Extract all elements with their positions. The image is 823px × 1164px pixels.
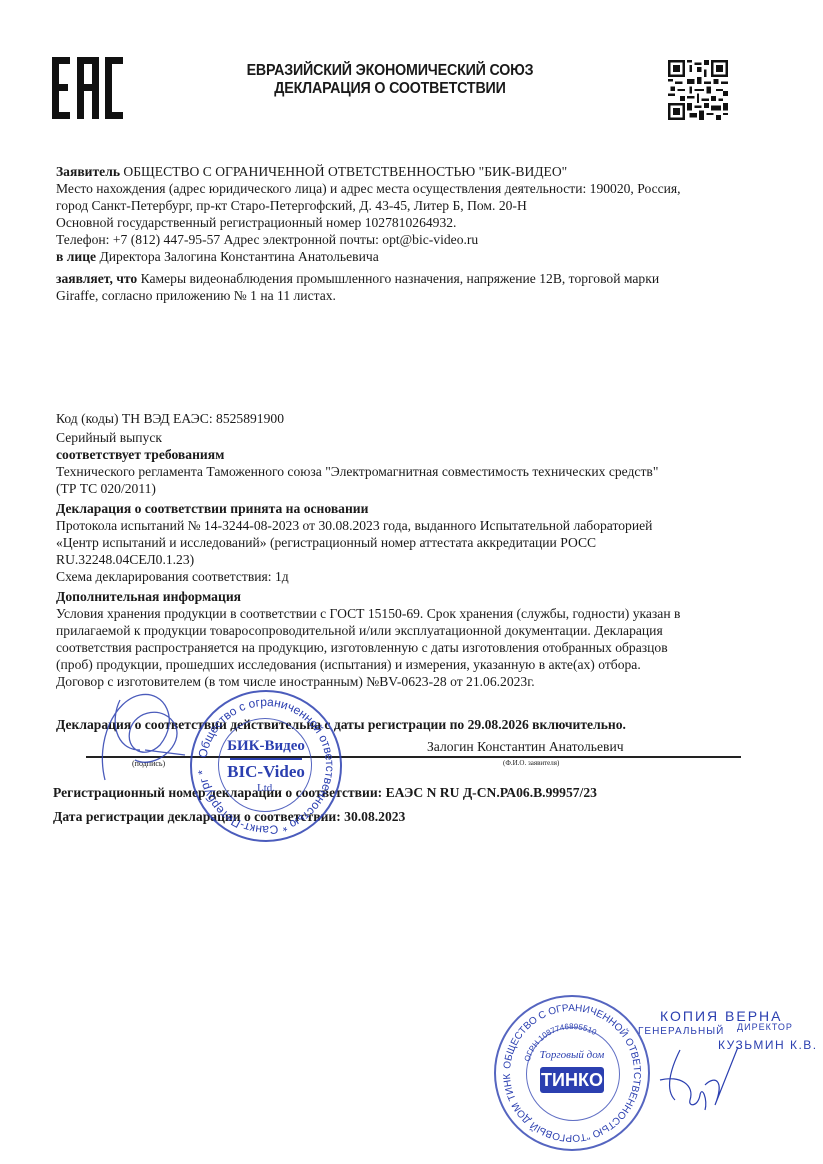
name-caption: (Ф.И.О. заявителя): [503, 759, 559, 767]
additional-label: Дополнительная информация: [56, 588, 241, 605]
address-line-2: город Санкт-Петербург, пр-кт Старо-Петер…: [56, 197, 527, 214]
applicant-label: Заявитель: [56, 164, 120, 179]
requirements-line-1: Технического регламента Таможенного союз…: [56, 463, 658, 480]
additional-line-3: соответствия распространяется на продукц…: [56, 639, 668, 656]
contacts-line: Телефон: +7 (812) 447-95-57 Адрес электр…: [56, 231, 478, 248]
tinko-script: Торговый дом: [496, 1049, 648, 1061]
declares-line-1: заявляет, что Камеры видеонаблюдения про…: [56, 270, 659, 287]
address-line-1: Место нахождения (адрес юридического лиц…: [56, 180, 681, 197]
stamp-bic-ltd: Ltd.: [192, 782, 340, 794]
serial-release: Серийный выпуск: [56, 429, 162, 446]
tinko-stamp: ОБЩЕСТВО С ОГРАНИЧЕННОЙ ОТВЕТСТВЕННОСТЬЮ…: [494, 995, 650, 1151]
represented-line: в лице Директора Залогина Константина Ан…: [56, 248, 379, 265]
basis-line-1: Протокола испытаний № 14-3244-08-2023 от…: [56, 517, 652, 534]
basis-label: Декларация о соответствии принята на осн…: [56, 500, 368, 517]
document-header: ЕВРАЗИЙСКИЙ ЭКОНОМИЧЕСКИЙ СОЮЗ ДЕКЛАРАЦИ…: [188, 62, 593, 98]
declares-line-2: Giraffe, согласно приложению № 1 на 11 л…: [56, 287, 336, 304]
certified-copy-position-a: ГЕНЕРАЛЬНЫЙ: [638, 1026, 724, 1037]
tinko-brand: ТИНКО: [540, 1067, 604, 1093]
union-title: ЕВРАЗИЙСКИЙ ЭКОНОМИЧЕСКИЙ СОЮЗ: [188, 62, 593, 80]
applicant-line: Заявитель ОБЩЕСТВО С ОГРАНИЧЕННОЙ ОТВЕТС…: [56, 163, 567, 180]
signer-name: Залогин Константин Анатольевич: [427, 738, 624, 755]
additional-line-2: прилагаемой к продукции товаросопроводит…: [56, 622, 663, 639]
declares-label: заявляет, что: [56, 271, 137, 286]
additional-line-1: Условия хранения продукции в соответстви…: [56, 605, 680, 622]
requirements-line-2: (ТР ТС 020/2011): [56, 480, 156, 497]
stamp-bic-latin: BIC-Video: [192, 762, 340, 782]
product-description: Камеры видеонаблюдения промышленного наз…: [137, 271, 659, 286]
ogrn-line: Основной государственный регистрационный…: [56, 214, 456, 231]
basis-line-2: «Центр испытаний и исследований» (регист…: [56, 534, 596, 551]
tnved-code: Код (коды) ТН ВЭД ЕАЭС: 8525891900: [56, 410, 284, 427]
basis-line-3: RU.32248.04СЕЛ0.1.23): [56, 551, 194, 568]
tinko-logo: ТИНКО: [540, 1067, 604, 1093]
represented-by: Директора Залогина Константина Анатольев…: [96, 249, 379, 264]
stamp-bic-cyrillic: БИК-Видео: [192, 738, 340, 755]
applicant-signature: [85, 680, 195, 790]
applicant-name: ОБЩЕСТВО С ОГРАНИЧЕННОЙ ОТВЕТСТВЕННОСТЬЮ…: [120, 164, 567, 179]
qr-code-icon[interactable]: [668, 60, 728, 120]
additional-line-4: (проб) продукции, прошедших исследования…: [56, 656, 641, 673]
scheme-line: Схема декларирования соответствия: 1д: [56, 568, 289, 585]
requirements-label: соответствует требованиям: [56, 446, 224, 463]
declaration-title: ДЕКЛАРАЦИЯ О СООТВЕТСТВИИ: [188, 80, 593, 98]
represented-label: в лице: [56, 249, 96, 264]
certified-copy-position-b: ДИРЕКТОР: [737, 1022, 793, 1032]
bic-video-stamp: Общество с ограниченной ответственностью…: [190, 690, 342, 842]
director-signature: [650, 1045, 740, 1115]
eac-logo: [50, 57, 124, 119]
